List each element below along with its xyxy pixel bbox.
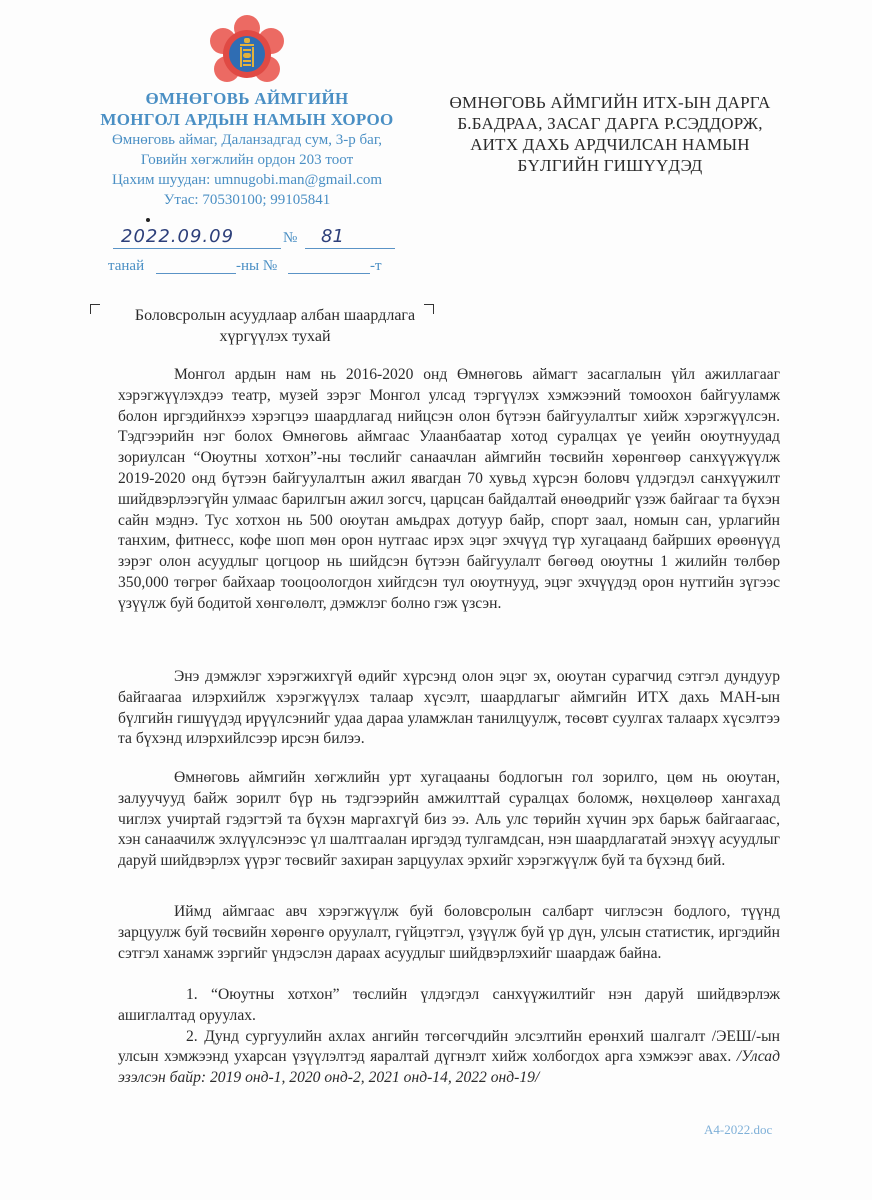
addressee-line3: АИТХ ДАХЬ АРДЧИЛСАН НАМЫН: [440, 134, 780, 155]
party-emblem-icon: [207, 14, 287, 94]
address-line1: Өмнөговь аймаг, Даланзадгад сум, 3-р баг…: [86, 130, 408, 150]
subject-line1: Боловсролын асуудлаар албан шаардлага: [90, 305, 460, 326]
letterhead: ӨМНӨГОВЬ АЙМГИЙН МОНГОЛ АРДЫН НАМЫН ХОРО…: [86, 88, 408, 210]
number-underline: [305, 248, 395, 249]
address-line2: Говийн хөгжлийн ордон 203 тоот: [86, 150, 408, 170]
paragraph-4: Иймд аймгаас авч хэрэгжүүлж буй боловсро…: [118, 902, 780, 964]
date-number-row: 2022.09.09 № 81: [113, 226, 383, 250]
template-filename: A4-2022.doc: [704, 1122, 772, 1138]
demand-item: 1. “Оюутны хотхон” төслийн үлдэгдэл санх…: [118, 985, 780, 1027]
org-name-line2: МОНГОЛ АРДЫН НАМЫН ХОРОО: [86, 109, 408, 130]
paragraph-2: Энэ дэмжлэг хэрэгжихгүй өдийг хүрсэнд ол…: [118, 667, 780, 750]
demands-list: 1. “Оюутны хотхон” төслийн үлдэгдэл санх…: [118, 985, 780, 1089]
of-no-label: -ны №: [236, 258, 277, 275]
handwritten-number: 81: [321, 226, 344, 247]
paragraph-1: Монгол ардын нам нь 2016-2020 онд Өмнөго…: [118, 365, 780, 615]
reply-reference-row: танай -ны № -т: [108, 258, 398, 278]
paragraph-3: Өмнөговь аймгийн хөгжлийн урт хугацааны …: [118, 768, 780, 872]
subject-line2: хүргүүлэх тухай: [90, 326, 460, 347]
phone-line: Утас: 70530100; 99105841: [86, 190, 408, 210]
org-name-line1: ӨМНӨГОВЬ АЙМГИЙН: [86, 88, 408, 109]
addressee-block: ӨМНӨГОВЬ АЙМГИЙН ИТХ-ЫН ДАРГА Б.БАДРАА, …: [440, 92, 780, 176]
to-suffix: -т: [370, 258, 382, 275]
ink-dot: [146, 218, 150, 222]
your-label: танай: [108, 258, 144, 275]
addressee-line2: Б.БАДРАА, ЗАСАГ ДАРГА Р.СЭДДОРЖ,: [440, 113, 780, 134]
subject-title: Боловсролын асуудлаар албан шаардлага хү…: [90, 305, 460, 347]
date-underline: [113, 248, 281, 249]
addressee-line4: БҮЛГИЙН ГИШҮҮДЭД: [440, 155, 780, 176]
number-label: №: [283, 230, 297, 247]
your-number-blank: [288, 273, 370, 274]
your-date-blank: [156, 273, 236, 274]
handwritten-date: 2022.09.09: [121, 226, 234, 247]
demand-item: 2. Дунд сургуулийн ахлах ангийн төгсөгчд…: [118, 1027, 780, 1089]
addressee-line1: ӨМНӨГОВЬ АЙМГИЙН ИТХ-ЫН ДАРГА: [440, 92, 780, 113]
email-line: Цахим шуудан: umnugobi.man@gmail.com: [86, 170, 408, 190]
